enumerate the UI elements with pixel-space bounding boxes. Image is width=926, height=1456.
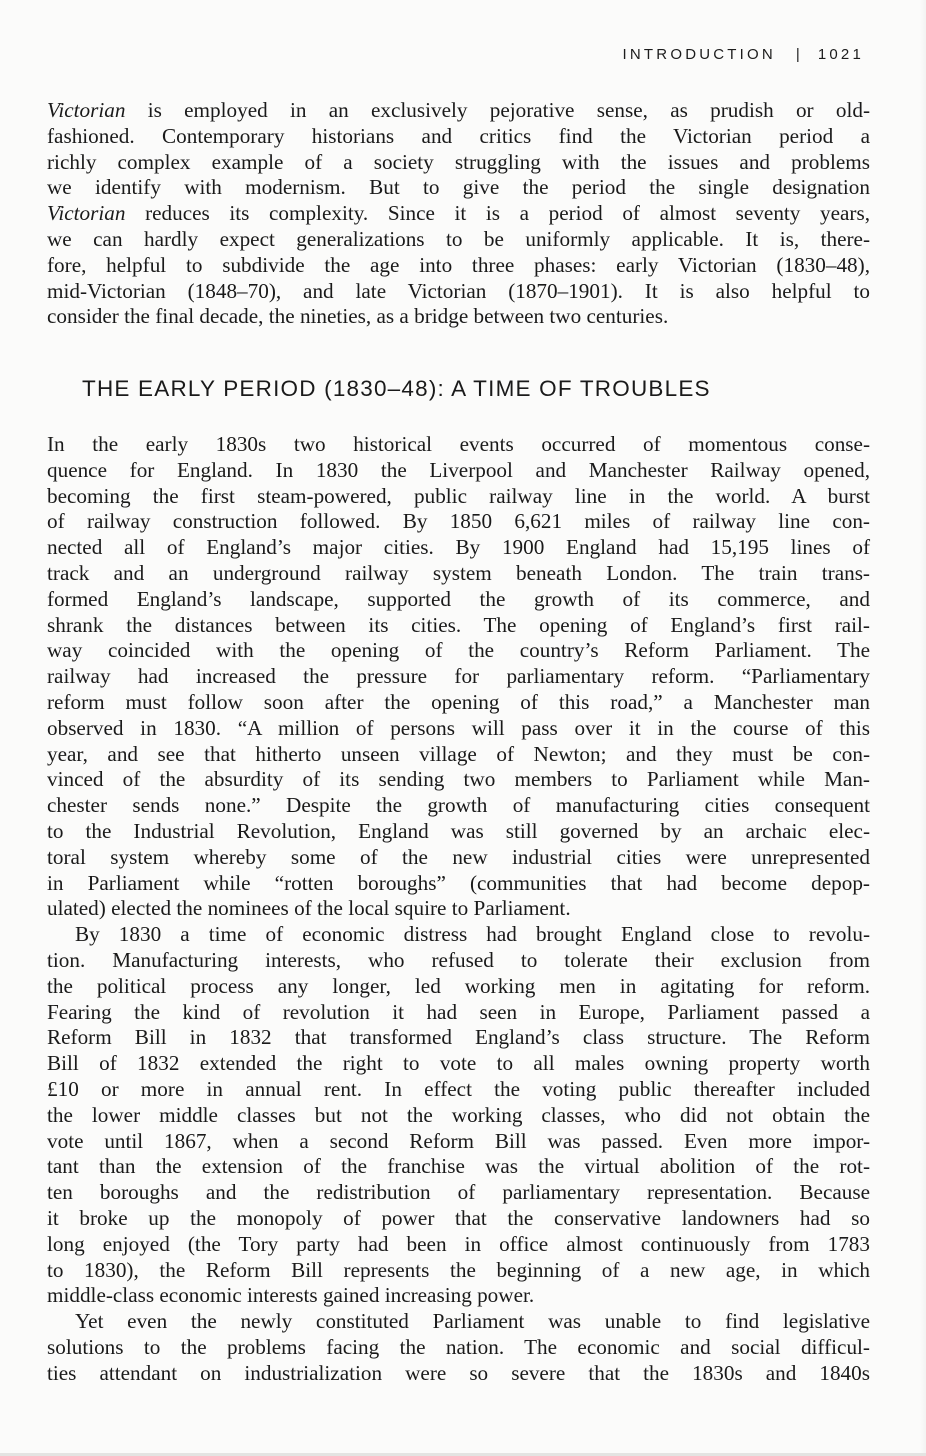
text-line: Victorian reduces its complexity. Since …	[47, 201, 870, 227]
text-line: fashioned. Contemporary historians and c…	[47, 124, 870, 150]
text-line: we identify with modernism. But to give …	[47, 175, 870, 201]
text-line: we can hardly expect generalizations to …	[47, 227, 870, 253]
line-text: is employed in an exclusively pejorative…	[125, 98, 870, 122]
text-line: the political process any longer, led wo…	[47, 974, 870, 1000]
paragraph-2: By 1830 a time of economic distress had …	[47, 922, 870, 1309]
text-line: railway had increased the pressure for p…	[47, 664, 870, 690]
text-line: toral system whereby some of the new ind…	[47, 845, 870, 871]
paragraph-3: Yet even the newly constituted Parliamen…	[47, 1309, 870, 1386]
text-line: Yet even the newly constituted Parliamen…	[47, 1309, 870, 1335]
text-line: middle-class economic interests gained i…	[47, 1283, 870, 1309]
text-line: consider the final decade, the nineties,…	[47, 304, 870, 330]
text-line: track and an underground railway system …	[47, 561, 870, 587]
text-line: vinced of the absurdity of its sending t…	[47, 767, 870, 793]
line-text: reduces its complexity. Since it is a pe…	[125, 201, 870, 225]
text-line: it broke up the monopoly of power that t…	[47, 1206, 870, 1232]
page-edge-shadow	[920, 0, 926, 1456]
text-line: becoming the first steam-powered, public…	[47, 484, 870, 510]
text-line: mid-Victorian (1848–70), and late Victor…	[47, 279, 870, 305]
text-line: formed England’s landscape, supported th…	[47, 587, 870, 613]
text-line: long enjoyed (the Tory party had been in…	[47, 1232, 870, 1258]
text-line: tant than the extension of the franchise…	[47, 1154, 870, 1180]
italic-term: Victorian	[47, 98, 125, 122]
intro-paragraph: Victorian is employed in an exclusively …	[47, 98, 870, 330]
text-line: way coincided with the opening of the co…	[47, 638, 870, 664]
text-line: of railway construction followed. By 185…	[47, 509, 870, 535]
text-line: £10 or more in annual rent. In effect th…	[47, 1077, 870, 1103]
text-line: richly complex example of a society stru…	[47, 150, 870, 176]
text-line: tion. Manufacturing interests, who refus…	[47, 948, 870, 974]
text-line: shrank the distances between its cities.…	[47, 613, 870, 639]
text-line: Fearing the kind of revolution it had se…	[47, 1000, 870, 1026]
text-line: quence for England. In 1830 the Liverpoo…	[47, 458, 870, 484]
text-line: ulated) elected the nominees of the loca…	[47, 896, 870, 922]
book-page: INTRODUCTION|1021 Victorian is employed …	[0, 0, 926, 1456]
text-line: vote until 1867, when a second Reform Bi…	[47, 1129, 870, 1155]
text-line: Bill of 1832 extended the right to vote …	[47, 1051, 870, 1077]
text-line: By 1830 a time of economic distress had …	[47, 922, 870, 948]
paragraph-1: In the early 1830s two historical events…	[47, 432, 870, 922]
italic-term: Victorian	[47, 201, 125, 225]
text-line: the lower middle classes but not the wor…	[47, 1103, 870, 1129]
text-line: Reform Bill in 1832 that transformed Eng…	[47, 1025, 870, 1051]
text-line: fore, helpful to subdivide the age into …	[47, 253, 870, 279]
text-line: to 1830), the Reform Bill represents the…	[47, 1258, 870, 1284]
text-line: in Parliament while “rotten boroughs” (c…	[47, 871, 870, 897]
text-line: to the Industrial Revolution, England wa…	[47, 819, 870, 845]
text-line: observed in 1830. “A million of persons …	[47, 716, 870, 742]
text-line: reform must follow soon after the openin…	[47, 690, 870, 716]
text-line: Victorian is employed in an exclusively …	[47, 98, 870, 124]
text-line: ties attendant on industrialization were…	[47, 1361, 870, 1387]
running-head-title: INTRODUCTION	[623, 46, 776, 63]
running-head-separator: |	[796, 46, 800, 63]
page-number: 1021	[818, 46, 864, 63]
section-heading: THE EARLY PERIOD (1830–48): A TIME OF TR…	[82, 376, 832, 402]
text-line: chester sends none.” Despite the growth …	[47, 793, 870, 819]
text-line: nected all of England’s major cities. By…	[47, 535, 870, 561]
text-line: ten boroughs and the redistribution of p…	[47, 1180, 870, 1206]
text-line: solutions to the problems facing the nat…	[47, 1335, 870, 1361]
text-line: In the early 1830s two historical events…	[47, 432, 870, 458]
section-body: In the early 1830s two historical events…	[47, 432, 870, 1386]
running-head: INTRODUCTION|1021	[623, 46, 864, 63]
text-line: year, and see that hitherto unseen villa…	[47, 742, 870, 768]
